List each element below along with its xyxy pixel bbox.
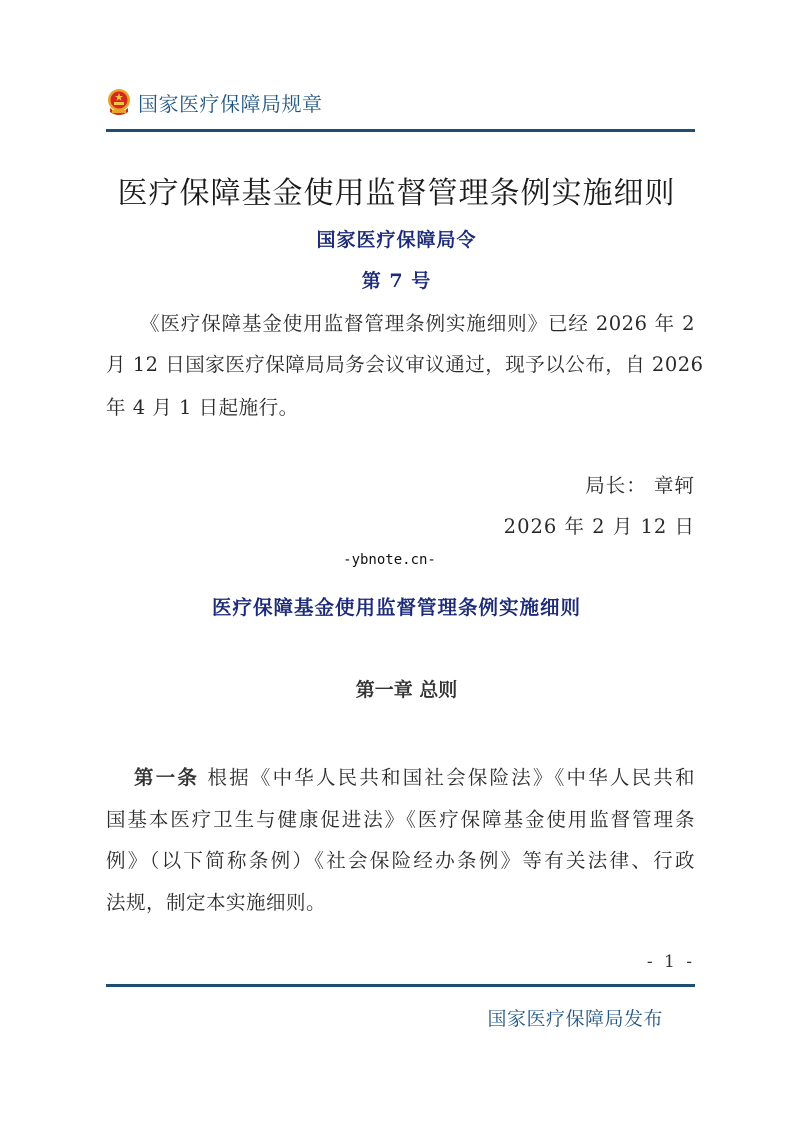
- article-1-text-1: 根据《中华人民共和国社会保险法》《中华人民共和: [199, 766, 695, 789]
- document-title: 医疗保障基金使用监督管理条例实施细则: [0, 168, 793, 212]
- article-1-line-3: 例》（以下简称条例）《社会保险经办条例》等有关法律、行政: [106, 845, 695, 873]
- footer-rule: [106, 984, 695, 987]
- header-rule: [106, 129, 695, 132]
- page-number: - 1 -: [647, 952, 695, 972]
- watermark-text: -ybnote.cn-: [343, 552, 436, 568]
- watermark: -ybnote.cn-: [0, 552, 793, 568]
- footer-publisher: 国家医疗保障局发布: [487, 1004, 663, 1031]
- page-header: 国家医疗保障局规章: [106, 85, 323, 119]
- announcement-line-3: 年 4 月 1 日起施行。: [106, 392, 695, 420]
- section-title: 医疗保障基金使用监督管理条例实施细则: [0, 592, 793, 620]
- announcement-line-1: 《医疗保障基金使用监督管理条例实施细则》已经 2026 年 2: [140, 308, 695, 336]
- signing-date: 2026 年 2 月 12 日: [504, 511, 695, 539]
- article-1-line-1: 第一条 根据《中华人民共和国社会保险法》《中华人民共和: [134, 762, 695, 790]
- chapter-title: 第一章 总则: [0, 675, 793, 702]
- article-1-line-2: 国基本医疗卫生与健康促进法》《医疗保障基金使用监督管理条: [106, 804, 695, 832]
- header-title: 国家医疗保障局规章: [138, 88, 323, 117]
- announcement-line-2: 月 12 日国家医疗保障局局务会议审议通过，现予以公布，自 2026: [106, 349, 695, 377]
- issuer-line: 国家医疗保障局令: [0, 225, 793, 252]
- article-1-line-4: 法规，制定本实施细则。: [106, 887, 695, 915]
- signature: 局长： 章轲: [585, 470, 695, 498]
- article-label: 第一条: [134, 766, 199, 789]
- national-emblem-icon: [106, 88, 132, 116]
- order-number: 第 7 号: [0, 266, 793, 293]
